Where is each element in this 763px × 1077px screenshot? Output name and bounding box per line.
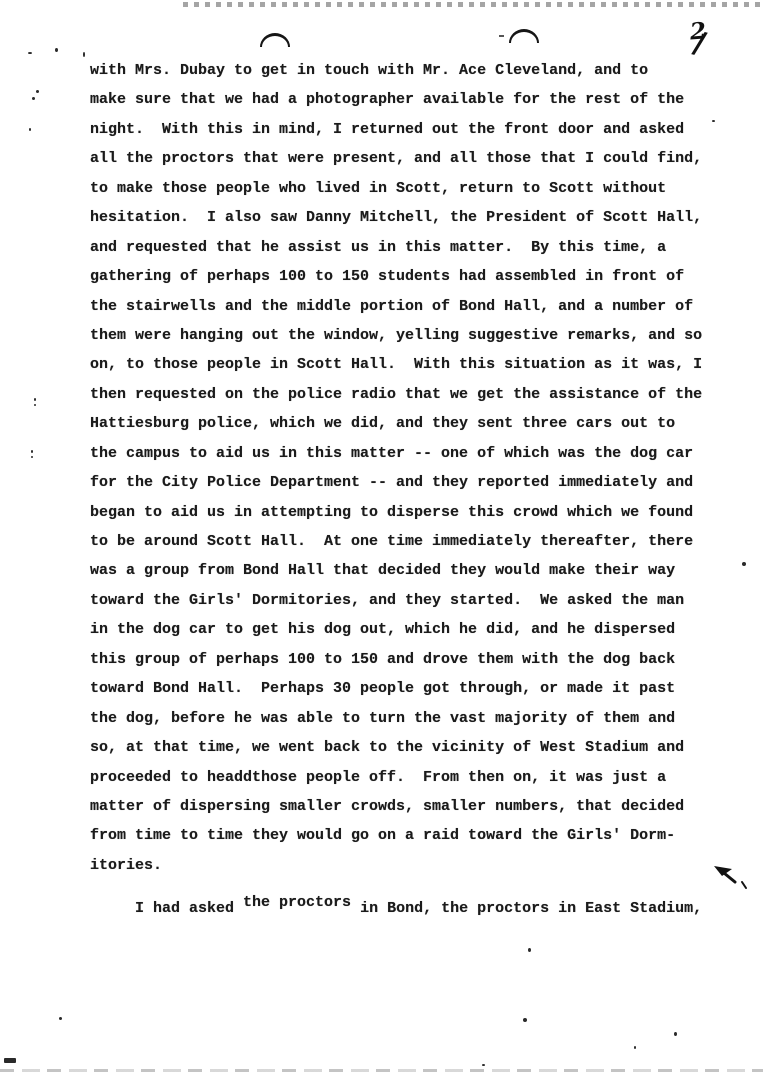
scan-speck [482,1064,485,1066]
scan-speck [31,456,33,458]
text-line: matter of dispersing smaller crowds, sma… [90,792,730,821]
paragraph-2-part1: I had asked [135,900,243,917]
scan-speck [742,562,746,566]
scan-speck [32,97,35,100]
text-line: proceeded to headdthose people off. From… [90,763,730,792]
text-line: in the dog car to get his dog out, which… [90,615,730,644]
text-line: so, at that time, we went back to the vi… [90,733,730,762]
text-line: the campus to aid us in this matter -- o… [90,439,730,468]
scan-speck [34,398,36,401]
text-line: on, to those people in Scott Hall. With … [90,350,730,379]
page-top-edge-dotted-line [183,2,763,7]
paragraph-2-part3: in Bond, the proctors in East Stadium, [351,900,702,917]
scan-speck [712,120,715,122]
text-line: began to aid us in attempting to dispers… [90,498,730,527]
scan-speck [36,90,39,93]
text-line: Hattiesburg police, which we did, and th… [90,409,730,438]
text-line: them were hanging out the window, yellin… [90,321,730,350]
scan-speck [59,1017,62,1020]
text-line: for the City Police Department -- and th… [90,468,730,497]
text-line: this group of perhaps 100 to 150 and dro… [90,645,730,674]
text-line: toward the Girls' Dormitories, and they … [90,586,730,615]
staple-arc-mark-left [260,33,290,47]
scan-speck [528,948,531,952]
scan-speck [34,404,36,406]
scan-speck [29,128,31,131]
scan-speck [523,1018,527,1022]
text-line: to be around Scott Hall. At one time imm… [90,527,730,556]
text-line: was a group from Bond Hall that decided … [90,556,730,585]
text-line: then requested on the police radio that … [90,380,730,409]
scan-speck [28,52,32,54]
paragraph-2-raised-words: the proctors [243,894,351,911]
text-line: from time to time they would go on a rai… [90,821,730,850]
scan-speck [83,52,85,57]
paragraph-1: with Mrs. Dubay to get in touch with Mr.… [90,56,730,880]
text-line: gathering of perhaps 100 to 150 students… [90,262,730,291]
text-line: hesitation. I also saw Danny Mitchell, t… [90,203,730,232]
text-line: the stairwells and the middle portion of… [90,292,730,321]
scan-tick-mark [499,35,504,37]
scan-speck [674,1032,677,1036]
text-line: to make those people who lived in Scott,… [90,174,730,203]
text-line: toward Bond Hall. Perhaps 30 people got … [90,674,730,703]
text-line: itories. [90,851,730,880]
text-line: the dog, before he was able to turn the … [90,704,730,733]
scanned-typewritten-page: 2 / with Mrs. Dubay to get in touch with… [0,0,763,1077]
text-line: with Mrs. Dubay to get in touch with Mr.… [90,56,730,85]
page-bottom-edge-line [0,1069,763,1072]
pen-arrow-mark [706,858,750,892]
text-line: and requested that he assist us in this … [90,233,730,262]
paragraph-2-line: I had asked the proctors in Bond, the pr… [90,894,730,923]
staple-arc-mark-right [509,29,539,43]
scan-smudge [4,1058,16,1063]
scan-speck [634,1046,636,1049]
scan-speck [31,450,33,453]
typewritten-body-text: with Mrs. Dubay to get in touch with Mr.… [90,56,730,924]
text-line: make sure that we had a photographer ava… [90,85,730,114]
text-line: all the proctors that were present, and … [90,144,730,173]
scan-speck [55,48,58,52]
text-line: night. With this in mind, I returned out… [90,115,730,144]
